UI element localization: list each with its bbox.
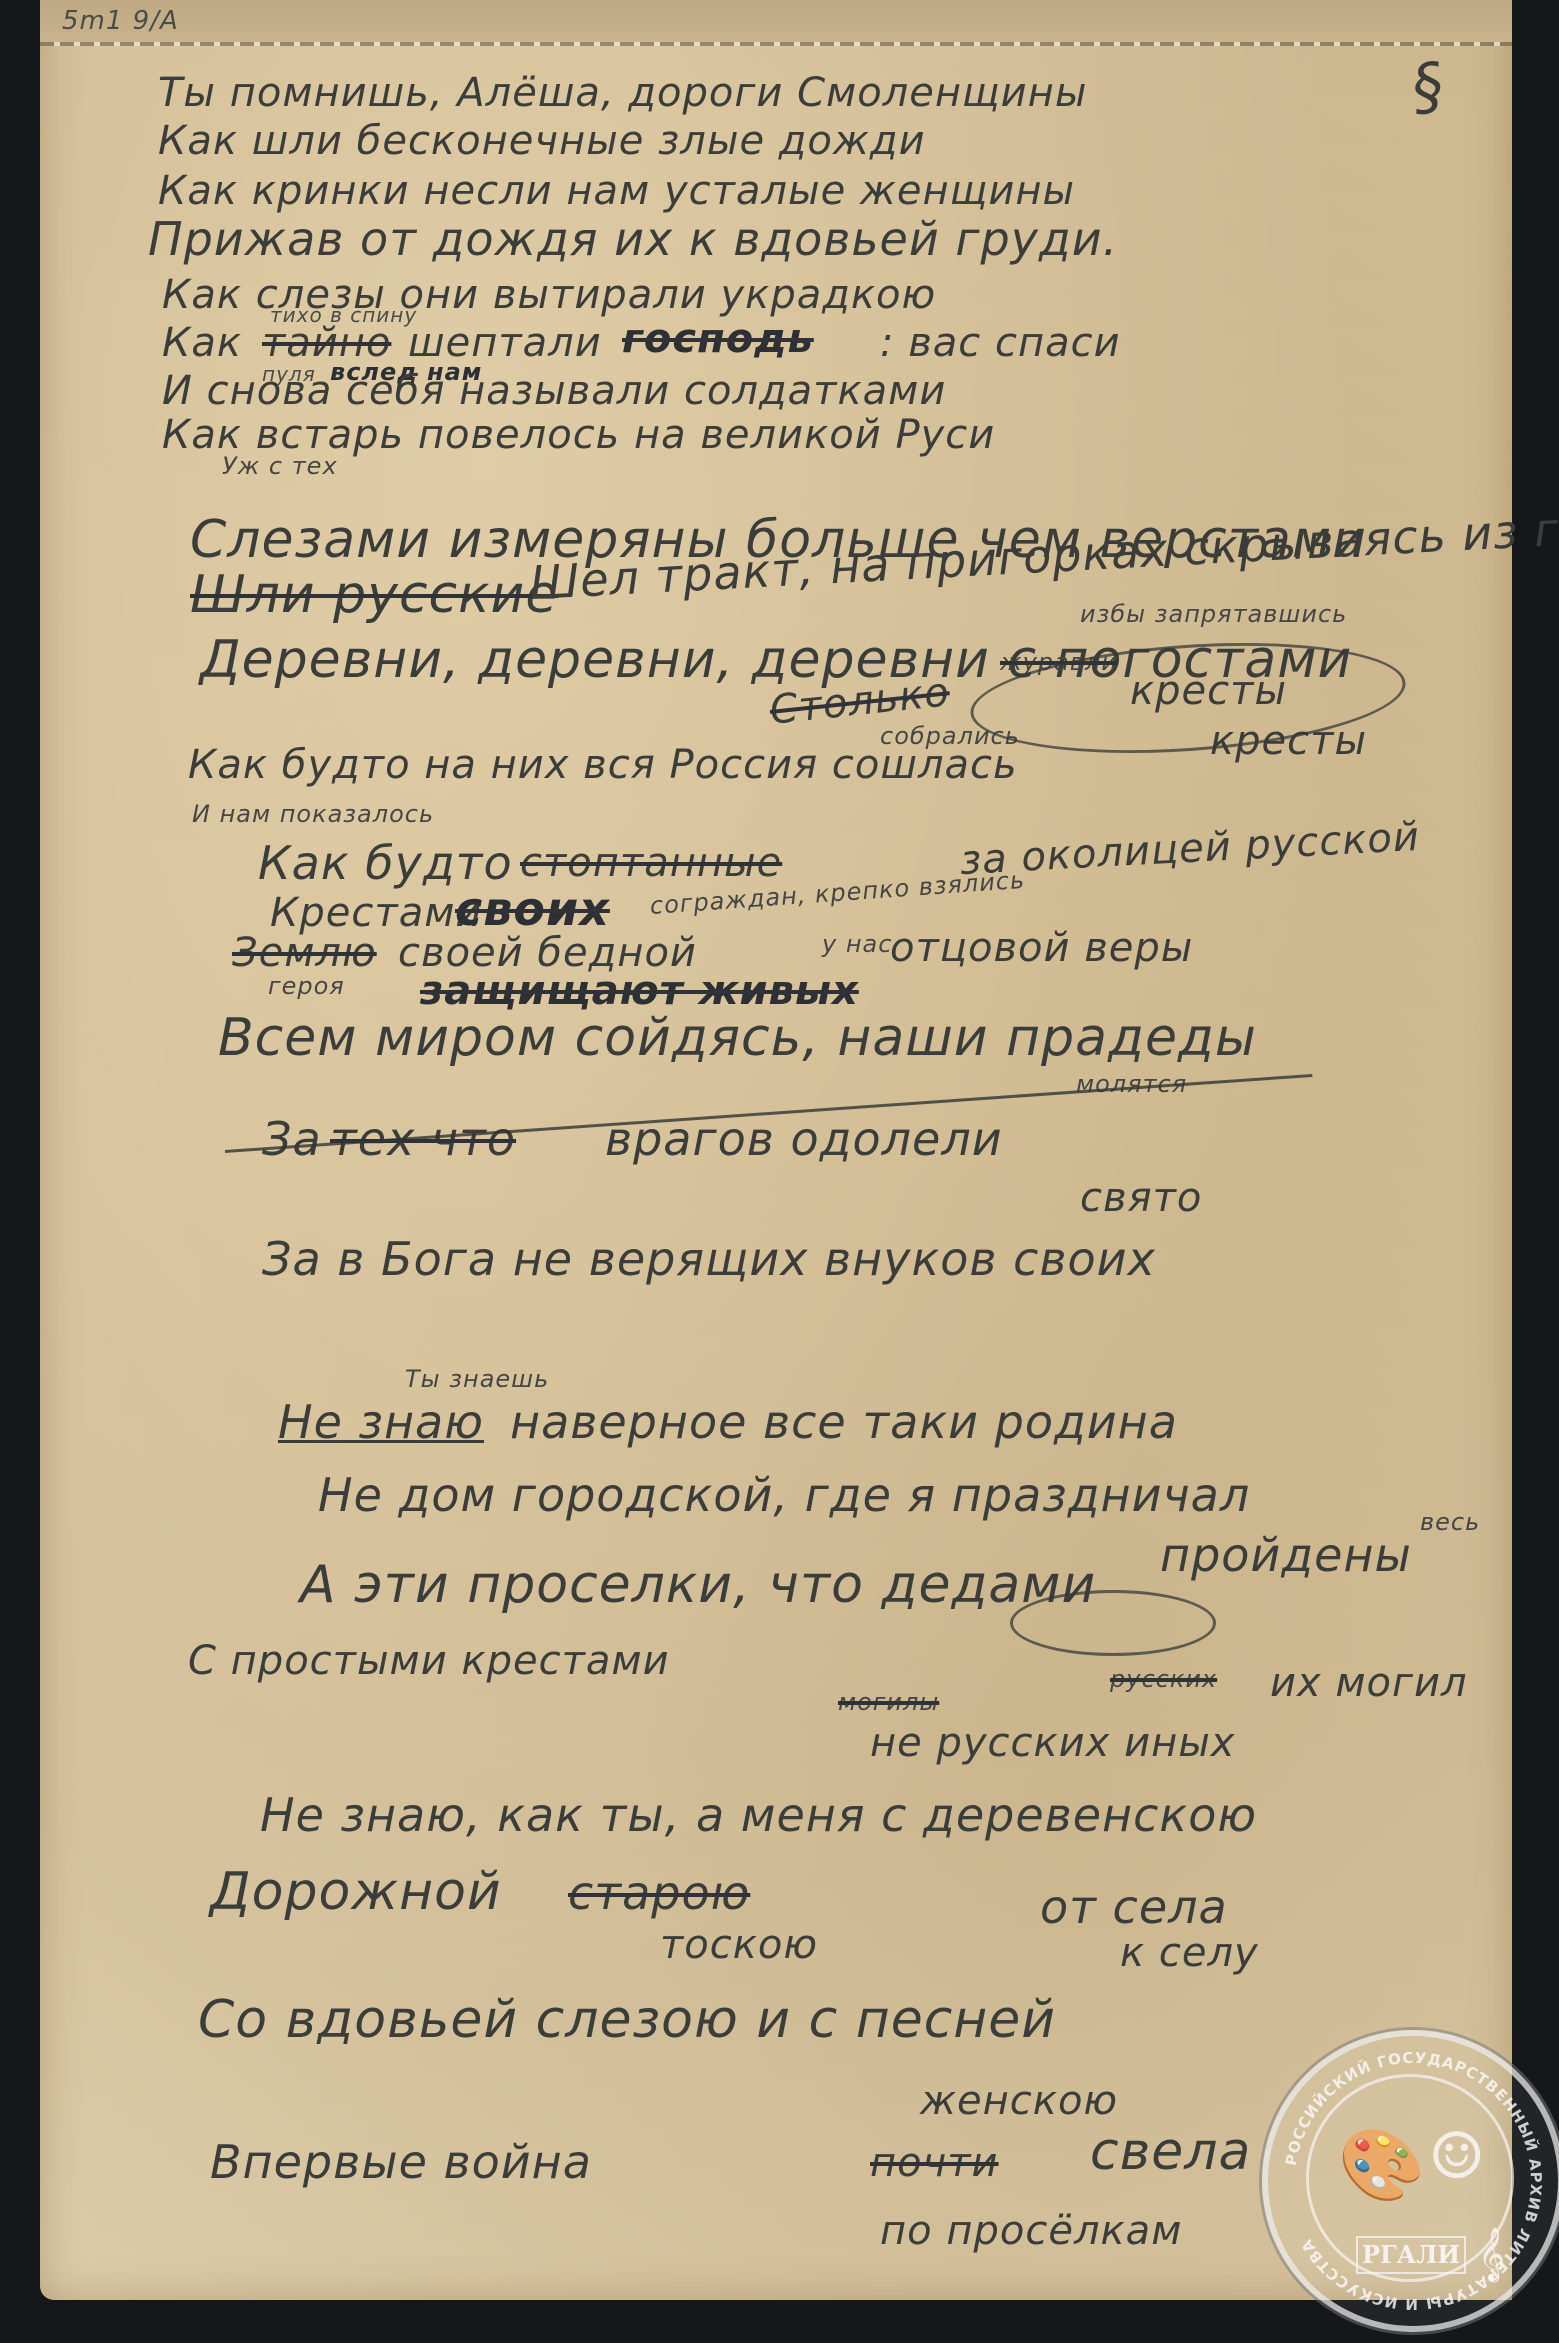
stamp-abbreviation: РГАЛИ [1356,2236,1466,2274]
line-word: свела [1090,2122,1251,2182]
archive-stamp: РОССИЙСКИЙ ГОСУДАРСТВЕННЫЙ АРХИВ ЛИТЕРАТ… [1262,2030,1559,2332]
insertion: у нас [822,930,892,958]
line: И нам показалось [192,800,434,828]
archive-note: 5m1 9/A [62,6,179,36]
line-word: от села [1040,1880,1228,1934]
insertion: Ты знаешь [405,1365,549,1393]
margin-note: Уж с тех [222,452,338,480]
insertion: избы запрятавшись [1080,600,1347,628]
treble-clef-icon: 𝄞 [1478,2226,1505,2282]
line: наверное все таки родина [510,1395,1178,1449]
insertion: к селу [1120,1930,1259,1976]
insertion: свято [1080,1175,1202,1221]
line: А эти проселки, что дедами [300,1555,1096,1615]
insertion: героя [268,972,345,1000]
line: Всем миром сойдясь, наши прадеды [218,1008,1257,1068]
struck-word: старою [568,1866,750,1920]
line: Прижав от дождя их к вдовьей груди. [148,212,1118,266]
insertion: женскою [920,2078,1118,2124]
line-word: Как [162,320,242,366]
line-word: их могил [1270,1660,1468,1706]
edit-loop [1010,1590,1216,1656]
struck-word: Землю [232,930,377,976]
line: Не дом городской, где я праздничал [318,1468,1250,1522]
line: Ты помнишь, Алёша, дороги Смоленщины [158,70,1087,116]
page-top-strip [40,0,1512,42]
struck-word: Шли русские [190,565,558,625]
line-word: За [262,1112,322,1166]
line-word: Не знаю [278,1395,484,1449]
struck-word: стоптанные [520,840,782,886]
insertion: по просёлкам [880,2208,1182,2254]
struck-word: своих [455,882,610,936]
struck-word: господь [622,316,814,362]
line-word: С простыми крестами [188,1638,670,1684]
insertion: не русских иных [870,1720,1235,1766]
struck-word: почти [870,2140,999,2186]
insertion: тоскою [660,1922,818,1968]
line: Как шли бесконечные злые дожди [158,118,926,164]
line: За в Бога не верящих внуков своих [262,1232,1156,1286]
palette-icon: 🎨 [1338,2124,1425,2207]
line-word: : вас спаси [880,320,1121,366]
line: Со вдовьей слезою и с песней [198,1990,1056,2050]
line-word: Дорожной [210,1862,502,1922]
line-word: отцовой веры [890,925,1193,971]
insertion: пройдены [1160,1528,1412,1582]
theater-mask-icon: ☺ [1428,2120,1485,2194]
insertion: весь [1420,1508,1480,1536]
struck-word: могилы [838,1688,939,1716]
line: И снова себя называли солдатками [162,368,946,414]
line: Как будто на них вся Россия сошлась [188,742,1018,788]
perforation-line [40,42,1512,46]
line: Не знаю, как ты, а меня с деревенскою [260,1788,1257,1842]
line-word: Впервые война [210,2135,592,2189]
line: Как кринки несли нам усталые женщины [158,168,1075,214]
struck-word: русских [1110,1665,1217,1693]
